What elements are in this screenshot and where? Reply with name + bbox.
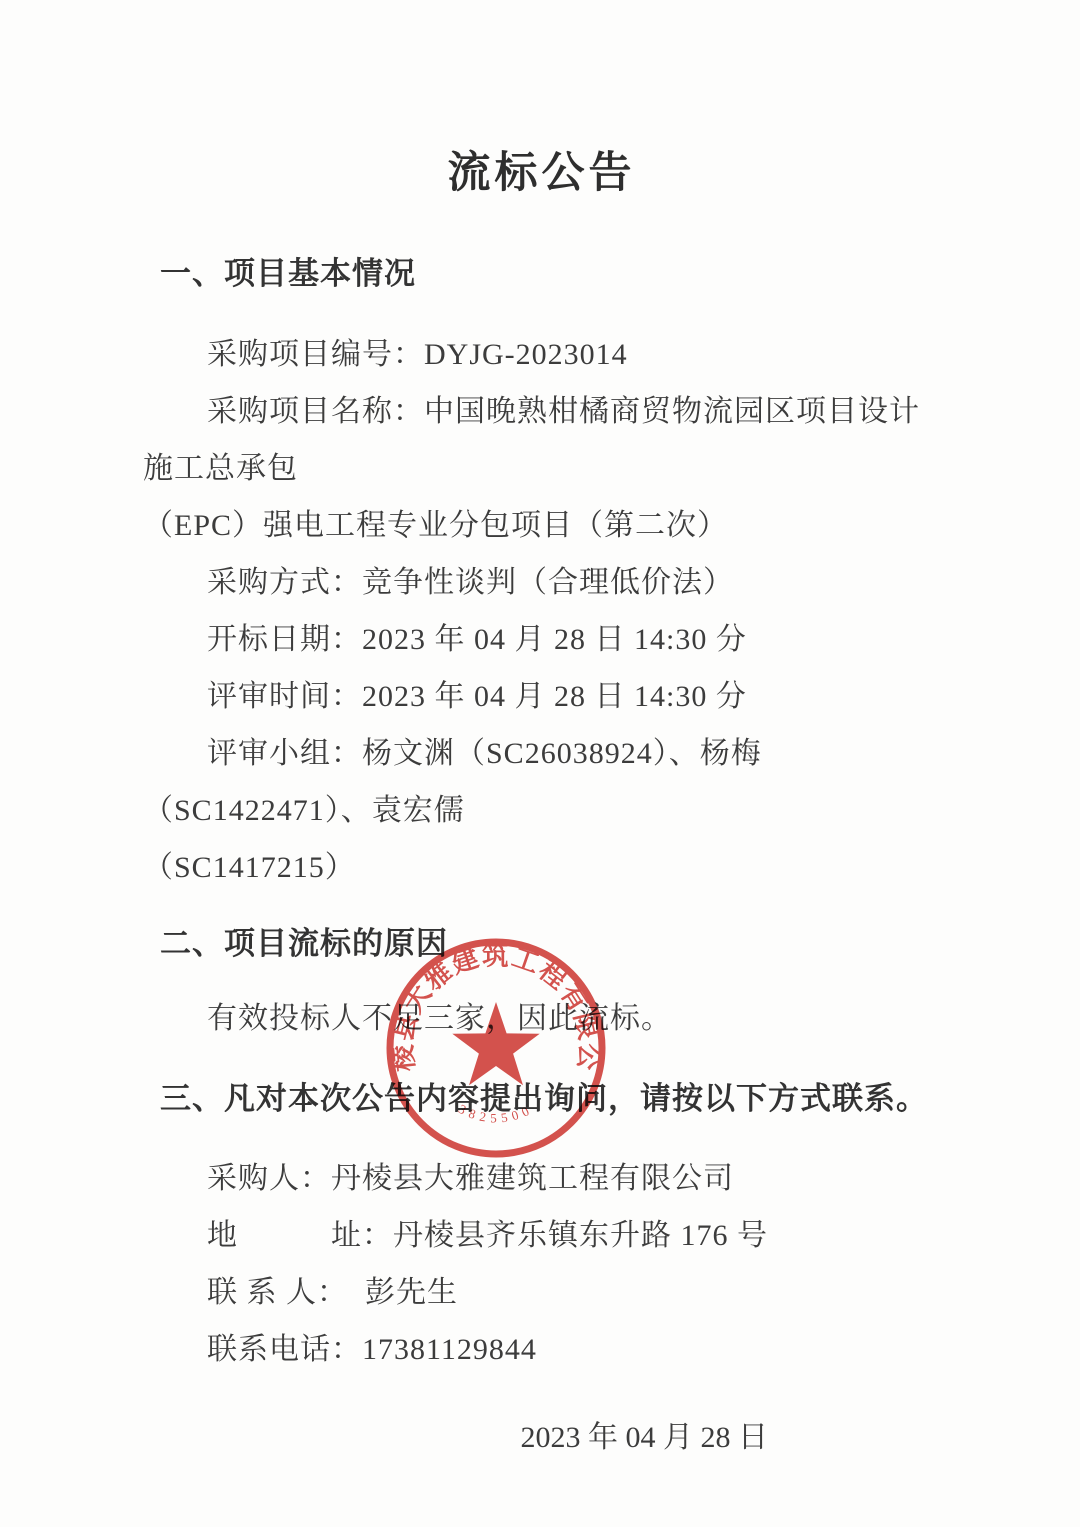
line-review-panel-cont: （SC1417215）: [143, 839, 940, 896]
section-2-heading: 二、项目流标的原因: [160, 924, 940, 964]
section-1-heading: 一、项目基本情况: [160, 254, 940, 294]
document-page: 流标公告 一、项目基本情况 采购项目编号：DYJG-2023014 采购项目名称…: [0, 0, 1080, 1527]
section-basic-info: 一、项目基本情况 采购项目编号：DYJG-2023014 采购项目名称：中国晚熟…: [143, 254, 940, 896]
line-procurement-method: 采购方式：竞争性谈判（合理低价法）: [143, 554, 940, 611]
section-failure-reason: 二、项目流标的原因 有效投标人不足三家，因此流标。: [143, 924, 940, 1047]
line-project-name-cont: （EPC）强电工程专业分包项目（第二次）: [143, 497, 940, 554]
line-contact-phone: 联系电话：17381129844: [143, 1321, 940, 1378]
section-3-heading: 三、凡对本次公告内容提出询问，请按以下方式联系。: [160, 1079, 940, 1119]
line-review-panel: 评审小组：杨文渊（SC26038924）、杨梅（SC1422471）、袁宏儒: [143, 725, 940, 839]
line-review-time: 评审时间：2023 年 04 月 28 日 14:30 分: [143, 668, 940, 725]
section-contact: 三、凡对本次公告内容提出询问，请按以下方式联系。 采购人：丹棱县大雅建筑工程有限…: [143, 1079, 940, 1378]
line-project-name: 采购项目名称：中国晚熟柑橘商贸物流园区项目设计施工总承包: [143, 383, 940, 497]
line-bid-opening-date: 开标日期：2023 年 04 月 28 日 14:30 分: [143, 611, 940, 668]
section-1-body: 采购项目编号：DYJG-2023014 采购项目名称：中国晚熟柑橘商贸物流园区项…: [143, 326, 940, 896]
document-date: 2023 年 04 月 28 日: [143, 1409, 940, 1466]
section-2-body: 有效投标人不足三家，因此流标。: [143, 990, 940, 1047]
line-failure-reason: 有效投标人不足三家，因此流标。: [143, 990, 940, 1047]
line-contact-person: 联 系 人： 彭先生: [143, 1264, 940, 1321]
line-address: 地 址：丹棱县齐乐镇东升路 176 号: [143, 1207, 940, 1264]
document-title: 流标公告: [143, 146, 940, 202]
section-3-body: 采购人：丹棱县大雅建筑工程有限公司 地 址：丹棱县齐乐镇东升路 176 号 联 …: [143, 1150, 940, 1378]
line-purchaser: 采购人：丹棱县大雅建筑工程有限公司: [143, 1150, 940, 1207]
line-project-number: 采购项目编号：DYJG-2023014: [143, 326, 940, 383]
